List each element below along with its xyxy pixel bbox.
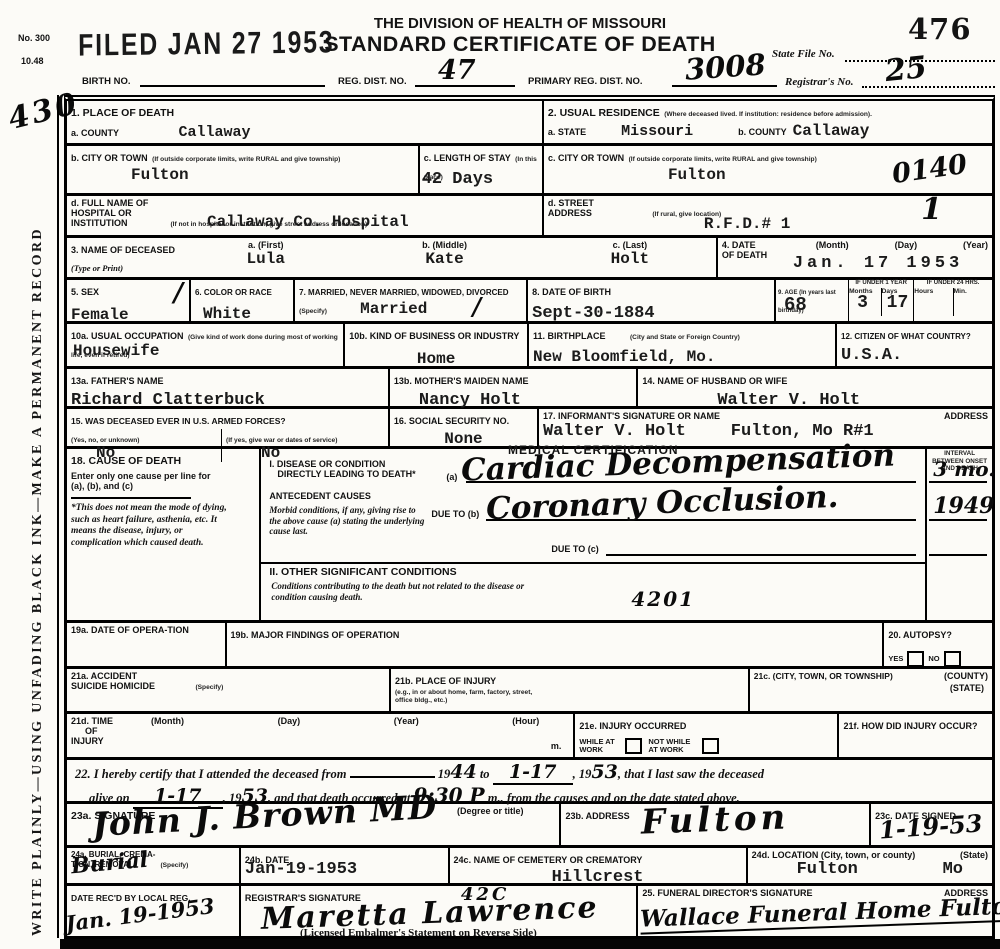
margin-instruction-text: WRITE PLAINLY—USING UNFADING BLACK INK—M…	[30, 227, 46, 936]
field-major-findings: 19b. MAJOR FINDINGS OF OPERATION	[227, 623, 885, 666]
s10a-value: Housewife	[73, 342, 159, 360]
s18-due-b-label: DUE TO (b)	[431, 509, 479, 519]
s17-address-label: ADDRESS	[944, 411, 988, 421]
s21b-label: 21b. PLACE OF INJURY	[395, 676, 496, 686]
field-cemetery-location: 24d. LOCATION (City, town, or county) (S…	[748, 848, 992, 883]
s18-morbid-note: Morbid conditions, if any, giving rise t…	[269, 505, 424, 537]
s5-label: 5. SEX	[71, 287, 99, 297]
s18-note1: Enter only one cause per line for (a), (…	[71, 471, 221, 491]
s21d-label3: INJURY	[71, 736, 141, 746]
s18-i-label1: I. DISEASE OR CONDITION	[269, 459, 385, 469]
s10b-label: 10b. KIND OF BUSINESS OR INDUSTRY	[349, 331, 519, 341]
s11-fine: (City and State or Foreign Country)	[630, 334, 740, 341]
s7-fine: (Specify)	[299, 308, 327, 315]
s21d-hour-label: (Hour)	[512, 716, 539, 746]
s14-value: Walter V. Holt	[717, 391, 988, 410]
s2-city-value: Fulton	[668, 166, 726, 184]
s21d-month-label: (Month)	[151, 716, 184, 746]
s2-county-value: Callaway	[793, 122, 870, 140]
form-date: 10.48	[21, 56, 44, 66]
s23b-value: Fulton	[641, 797, 791, 842]
s18-interval-a: 3 mo.	[933, 457, 995, 481]
field-date-signed: 23c. DATE SIGNED 1-19-53	[871, 804, 992, 845]
field-city-of-death: b. CITY OR TOWN (If outside corporate li…	[67, 146, 420, 193]
s6-value: White	[203, 305, 289, 323]
s8-label: 8. DATE OF BIRTH	[532, 287, 611, 297]
field-interval-onset-death: INTERVAL BETWEEN ONSET AND DEATH 3 mo. 1…	[927, 449, 992, 620]
field-how-injury-occurred: 21f. HOW DID INJURY OCCUR?	[839, 714, 992, 757]
header-title-line2: STANDARD CERTIFICATE OF DEATH	[300, 32, 740, 57]
registrar-no-line	[862, 86, 995, 88]
s20-no-label: NO	[928, 655, 939, 663]
s1-hosp-value: Callaway Co. Hospital	[207, 213, 409, 231]
s3-title-fine: (Type or Print)	[71, 263, 123, 273]
s25-fd-label: 25. FUNERAL DIRECTOR'S SIGNATURE	[642, 888, 812, 898]
field-cemetery-name: 24c. NAME OF CEMETERY OR CREMATORY Hillc…	[450, 848, 748, 883]
s20-label: 20. AUTOPSY?	[888, 630, 952, 640]
s18-title: 18. CAUSE OF DEATH	[71, 455, 181, 467]
s21d-day-label: (Day)	[278, 716, 301, 746]
s3-first-label: a. (First)	[190, 240, 341, 250]
s2-state-label: a. STATE	[548, 127, 586, 137]
field-middle-name: b. (Middle) Kate	[345, 238, 544, 277]
primary-reg-value: 3008	[684, 47, 767, 87]
s12-label: 12. CITIZEN OF WHAT COUNTRY?	[841, 332, 971, 341]
s24d-value: Fulton	[797, 860, 858, 879]
field-armed-forces: 15. WAS DECEASED EVER IN U.S. ARMED FORC…	[67, 409, 390, 446]
s15-fine1: (Yes, no, or unknown)	[71, 437, 140, 444]
s4-value: Jan. 17 1953	[793, 254, 963, 273]
s18-ii-label: II. OTHER SIGNIFICANT CONDITIONS	[269, 567, 456, 578]
field-father-name: 13a. FATHER'S NAME Richard Clatterbuck	[67, 369, 390, 406]
s9-under24-label: IF UNDER 24 HRS.	[914, 280, 992, 288]
s2-title: 2. USUAL RESIDENCE	[548, 107, 660, 119]
field-physician-signature: 23a. SIGNATURE (Degree or title) John J.…	[67, 804, 561, 845]
s2-county-label: b. COUNTY	[738, 127, 787, 137]
field-spouse-name: 14. NAME OF HUSBAND OR WIFE Walter V. Ho…	[638, 369, 992, 406]
s2-street-handwritten: 1	[921, 192, 942, 227]
s9-hours-label: Hours	[914, 288, 952, 296]
field-date-of-birth: 8. DATE OF BIRTH Sept-30-1884	[528, 280, 776, 321]
primary-reg-label: PRIMARY REG. DIST. NO.	[528, 77, 643, 87]
field-social-security: 16. SOCIAL SECURITY NO. None	[390, 409, 539, 446]
s9-months: 3	[857, 293, 868, 313]
birth-no-line	[140, 85, 325, 87]
s22-p4: , that I last saw the deceased	[618, 767, 764, 781]
s5-check-mark: /	[173, 278, 183, 308]
death-certificate-scan: No. 300 10.48 430 WRITE PLAINLY—USING UN…	[0, 0, 1000, 949]
field-injury-location: 21c. (CITY, TOWN, OR TOWNSHIP) (COUNTY) …	[750, 669, 992, 711]
field-injury-occurred: 21e. INJURY OCCURRED WHILE AT WORK NOT W…	[575, 714, 839, 757]
reg-dist-label: REG. DIST. NO.	[338, 77, 407, 87]
field-date-of-death: 4. DATE OF DEATH (Month) (Day) (Year) Ja…	[718, 238, 992, 277]
s3-middle-value: Kate	[349, 250, 540, 268]
reg-dist-value: 47	[438, 55, 476, 86]
s3-first-value: Lula	[190, 250, 341, 268]
s19a-label: 19a. DATE OF OPERA-TION	[71, 625, 191, 635]
s1-county-value: Callaway	[178, 124, 250, 141]
s1-city-fine: (If outside corporate limits, write RURA…	[152, 156, 340, 163]
registrar-no-value: 25	[883, 50, 928, 89]
field-residence-city: c. CITY OR TOWN (If outside corporate li…	[544, 146, 992, 193]
s4-label: 4. DATE OF DEATH	[722, 240, 770, 260]
field-informant: 17. INFORMANT'S SIGNATURE OR NAME ADDRES…	[539, 409, 992, 446]
s21d-year-label: (Year)	[394, 716, 419, 746]
field-time-of-injury: 21d. TIME OF INJURY (Month) (Day) (Year)…	[67, 714, 575, 757]
s1-stay-value: 42 Days	[422, 170, 493, 189]
s18-c-line	[606, 554, 916, 556]
s1-county-label: a. COUNTY	[71, 128, 119, 138]
field-accident-suicide-homicide: 21a. ACCIDENT SUICIDE HOMICIDE (Specify)	[67, 669, 391, 711]
s9-years: 68	[784, 294, 807, 316]
s20-yes-label: YES	[888, 655, 903, 663]
field-usual-residence: 2. USUAL RESIDENCE (Where deceased lived…	[544, 101, 992, 143]
s11-label: 11. BIRTHPLACE	[533, 331, 606, 341]
field-funeral-director: 25. FUNERAL DIRECTOR'S SIGNATURE ADDRESS…	[638, 886, 992, 936]
s3-last-value: Holt	[548, 250, 712, 268]
state-file-no-label: State File No.	[772, 48, 835, 60]
s21d-m-label: m.	[551, 741, 562, 751]
s22-p2: to	[480, 767, 490, 781]
s8-value: Sept-30-1884	[532, 304, 770, 323]
s24c-label: 24c. NAME OF CEMETERY OR CREMATORY	[454, 855, 643, 865]
field-birthplace: 11. BIRTHPLACE (City and State or Foreig…	[529, 324, 837, 366]
field-occupation: 10a. USUAL OCCUPATION (Give kind of work…	[67, 324, 345, 366]
margin-rule	[57, 95, 59, 938]
s22-p1: 22. I hereby certify that I attended the…	[75, 767, 346, 781]
s14-label: 14. NAME OF HUSBAND OR WIFE	[642, 376, 787, 386]
s9-under1-label: IF UNDER 1 YEAR	[849, 280, 913, 288]
s17-value: Walter V. Holt	[543, 422, 686, 441]
s15-label: 15. WAS DECEASED EVER IN U.S. ARMED FORC…	[71, 416, 286, 426]
autopsy-no-checkbox	[944, 651, 961, 667]
s1-stay-label: c. LENGTH OF STAY	[424, 153, 511, 163]
s6-label: 6. COLOR OR RACE	[195, 288, 272, 297]
s22-y1: 19	[438, 767, 451, 781]
s2-state-value: Missouri	[621, 123, 693, 140]
s1-city-value: Fulton	[131, 166, 189, 184]
s23a-degree-label: (Degree or title)	[457, 806, 524, 816]
birth-no-label: BIRTH NO.	[82, 77, 131, 87]
field-place-of-death-county: 1. PLACE OF DEATH a. COUNTY Callaway	[67, 101, 544, 143]
form-number: No. 300	[18, 33, 50, 43]
s21a-fine: (Specify)	[195, 684, 223, 691]
s2-street-label: d. STREET ADDRESS	[548, 198, 608, 218]
field-sex: 5. SEX Female /	[67, 280, 191, 321]
s16-label: 16. SOCIAL SECURITY NO.	[394, 416, 509, 426]
injury-while-at-work-checkbox	[625, 738, 642, 754]
field-last-name: c. (Last) Holt	[544, 238, 718, 277]
s24d-state-label: (State)	[960, 850, 988, 860]
s1-city-label: b. CITY OR TOWN	[71, 153, 148, 163]
s21e-while-label: WHILE AT WORK	[579, 738, 619, 754]
s23c-value: 1-19-53	[878, 808, 983, 844]
s3-last-label: c. (Last)	[548, 240, 712, 250]
s7-value: Married	[360, 300, 427, 318]
certificate-number: 476	[908, 12, 972, 46]
s4-year-label: (Year)	[963, 240, 988, 260]
field-certification-statement: 22. I hereby certify that I attended the…	[67, 760, 992, 801]
certificate-form: 1. PLACE OF DEATH a. COUNTY Callaway 2. …	[64, 95, 995, 939]
s13a-label: 13a. FATHER'S NAME	[71, 376, 164, 386]
s24a-fine: (Specify)	[160, 862, 188, 869]
s13a-value: Richard Clatterbuck	[71, 391, 384, 410]
field-color-or-race: 6. COLOR OR RACE White	[191, 280, 295, 321]
field-length-of-stay: c. LENGTH OF STAY (In this place) 42 Day…	[420, 146, 544, 193]
s1-title: 1. PLACE OF DEATH	[71, 107, 174, 119]
header-title-line1: THE DIVISION OF HEALTH OF MISSOURI	[300, 15, 740, 32]
s2-title-fine: (Where deceased lived. If institution: r…	[664, 111, 872, 118]
s23b-label: 23b. ADDRESS	[565, 811, 629, 821]
s22-h1: 44	[450, 761, 476, 783]
s24d-state-value: Mo	[943, 860, 963, 879]
field-mother-maiden-name: 13b. MOTHER'S MAIDEN NAME Nancy Holt	[390, 369, 638, 406]
field-burial-date: 24b. DATE Jan-19-1953	[241, 848, 450, 883]
s13b-value: Nancy Holt	[419, 391, 632, 410]
s21c-label: 21c. (CITY, TOWN, OR TOWNSHIP)	[754, 671, 893, 681]
s22-p3: , 19	[573, 767, 592, 781]
field-date-received: DATE REC'D BY LOCAL REG. Jan. 19-1953	[67, 886, 241, 936]
s18-note2: *This does not mean the mode of dying, s…	[71, 503, 231, 549]
field-street-address: d. STREET ADDRESS (If rural, give locati…	[544, 196, 992, 235]
s18-antecedent-label: ANTECEDENT CAUSES	[269, 491, 371, 501]
footer-note: (Licensed Embalmer's Statement on Revers…	[300, 927, 537, 939]
s5-value: Female	[71, 306, 185, 324]
s18-a-tag: (a)	[446, 472, 457, 482]
s21d-label2: OF	[85, 726, 141, 736]
s2-street-value: R.F.D.# 1	[704, 215, 790, 233]
s21a-label: 21a. ACCIDENT SUICIDE HOMICIDE	[71, 671, 161, 691]
s12-value: U.S.A.	[841, 346, 988, 365]
s18-ii-note: Conditions contributing to the death but…	[271, 581, 531, 602]
injury-not-while-at-work-checkbox	[702, 738, 719, 754]
s10a-label: 10a. USUAL OCCUPATION	[71, 331, 184, 341]
s18-due-c-label: DUE TO (c)	[551, 544, 598, 554]
s18-ii-handwritten: 4201	[631, 587, 695, 611]
autopsy-yes-checkbox	[907, 651, 924, 667]
s13b-label: 13b. MOTHER'S MAIDEN NAME	[394, 376, 529, 386]
s18-i-label2: DIRECTLY LEADING TO DEATH*	[277, 469, 415, 479]
s21e-notwhile-label: NOT WHILE AT WORK	[648, 738, 696, 754]
s3-middle-label: b. (Middle)	[349, 240, 540, 250]
s18-interval-b: 1949	[933, 493, 994, 519]
field-marital-status: 7. MARRIED, NEVER MARRIED, WIDOWED, DIVO…	[295, 280, 528, 321]
s2-city-fine: (If outside corporate limits, write RURA…	[629, 156, 817, 163]
field-citizenship: 12. CITIZEN OF WHAT COUNTRY? U.S.A.	[837, 324, 992, 366]
field-first-name: a. (First) Lula	[186, 238, 345, 277]
field-date-of-operation: 19a. DATE OF OPERA-TION	[67, 623, 227, 666]
field-name-label: 3. NAME OF DECEASED (Type or Print)	[67, 238, 186, 277]
registrar-no-label: Registrar's No.	[785, 76, 853, 88]
s24d-label: 24d. LOCATION (City, town, or county)	[752, 850, 916, 860]
s2-city-label: c. CITY OR TOWN	[548, 153, 624, 163]
field-place-of-injury: 21b. PLACE OF INJURY (e.g., in or about …	[391, 669, 750, 711]
s21e-label: 21e. INJURY OCCURRED	[579, 721, 686, 731]
s9-days: 17	[887, 293, 909, 313]
field-business-industry: 10b. KIND OF BUSINESS OR INDUSTRY Home	[345, 324, 529, 366]
scan-edge-artifact	[60, 939, 1000, 949]
field-medical-certification: MEDICAL CERTIFICATION I. DISEASE OR COND…	[261, 449, 927, 620]
field-cause-of-death-label: 18. CAUSE OF DEATH Enter only one cause …	[67, 449, 261, 620]
s11-value: New Bloomfield, Mo.	[533, 348, 831, 366]
s22-h2: 1-17	[493, 762, 573, 785]
filed-stamp: FILED JAN 27 1953	[78, 25, 335, 64]
s17-label: 17. INFORMANT'S SIGNATURE OR NAME	[543, 411, 720, 421]
s7-check-mark: /	[472, 292, 481, 321]
s21d-label1: 21d. TIME	[71, 716, 141, 726]
s21c-county-label: (COUNTY)	[944, 671, 988, 681]
s3-title: 3. NAME OF DECEASED	[71, 245, 175, 255]
field-burial-type: 24a. BURIAL, CREMA-TION, REMOVAL (Specif…	[67, 848, 241, 883]
s24b-value: Jan-19-1953	[245, 860, 357, 879]
field-age-group: 9. AGE (In years last birthday) 68 IF UN…	[776, 280, 992, 321]
s24a-value: Burial	[70, 847, 149, 880]
s10b-value: Home	[349, 350, 523, 368]
s1-hosp-label: d. FULL NAME OF HOSPITAL OR INSTITUTION	[71, 198, 166, 228]
field-physician-address: 23b. ADDRESS Fulton	[561, 804, 871, 845]
s22-h3: 53	[591, 761, 617, 783]
field-autopsy: 20. AUTOPSY? YES NO	[884, 623, 992, 666]
s9-min-label: Min.	[954, 288, 992, 296]
s19b-label: 19b. MAJOR FINDINGS OF OPERATION	[231, 630, 400, 640]
s21f-label: 21f. HOW DID INJURY OCCUR?	[843, 721, 977, 731]
field-hospital-name: d. FULL NAME OF HOSPITAL OR INSTITUTION …	[67, 196, 544, 235]
s21b-fine: (e.g., in or about home, farm, factory, …	[395, 689, 545, 704]
s21c-state-label: (STATE)	[950, 683, 984, 693]
